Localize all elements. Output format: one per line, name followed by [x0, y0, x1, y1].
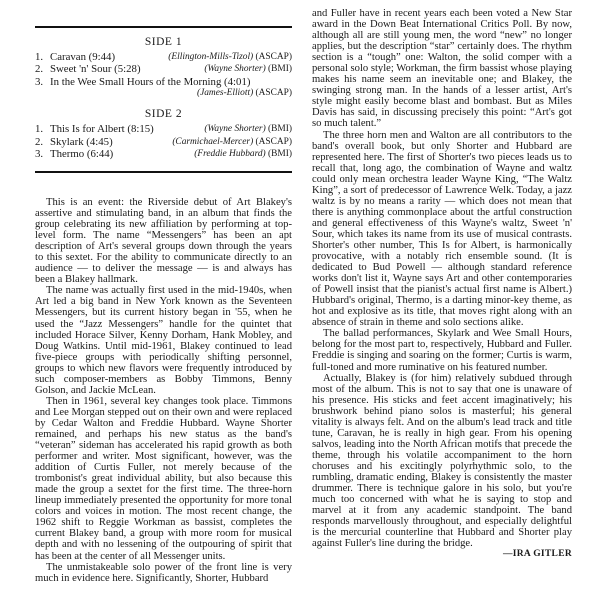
side-1-heading: SIDE 1 [35, 37, 292, 48]
track-composer: (James-Elliott) [197, 88, 253, 98]
track-composer: (Wayne Shorter) [204, 64, 265, 74]
track-row: 1.Caravan (9:44) (Ellington-Mills-Tizol)… [35, 51, 292, 63]
side-2-heading: SIDE 2 [35, 109, 292, 120]
track-row: 2.Sweet 'n' Sour (5:28) (Wayne Shorter) … [35, 63, 292, 75]
liner-notes-left-column: This is an event: the Riverside debut of… [35, 197, 292, 584]
track-rights: (ASCAP) [256, 137, 292, 147]
paragraph: The three horn men and Walton are all co… [312, 130, 572, 329]
track-row: 3.Thermo (6:44) (Freddie Hubbard) (BMI) [35, 148, 292, 160]
track-rights: (BMI) [268, 64, 292, 74]
track-rights: (ASCAP) [256, 52, 292, 62]
bottom-rule [35, 171, 292, 173]
tracklist: SIDE 1 1.Caravan (9:44) (Ellington-Mills… [35, 26, 292, 173]
liner-notes-right-column: and Fuller have in recent years each bee… [312, 8, 572, 560]
track-rights: (BMI) [268, 149, 292, 159]
track-composer: (Carmichael-Mercer) [172, 137, 253, 147]
track-composer: (Freddie Hubbard) [194, 149, 265, 159]
track-row: 3.In the Wee Small Hours of the Morning … [35, 76, 292, 88]
track-rights: (ASCAP) [256, 88, 292, 98]
author-signature: —IRA GITLER [312, 549, 572, 560]
track-rights: (BMI) [268, 124, 292, 134]
track-title: Caravan (9:44) [50, 51, 115, 63]
track-title: Sweet 'n' Sour (5:28) [50, 63, 141, 75]
paragraph: This is an event: the Riverside debut of… [35, 197, 292, 285]
paragraph: Actually, Blakey is (for him) relatively… [312, 373, 572, 550]
track-title: In the Wee Small Hours of the Morning (4… [50, 76, 250, 88]
paragraph: Then in 1961, several key changes took p… [35, 396, 292, 562]
track-title: This Is for Albert (8:15) [50, 123, 154, 135]
track-row: 2.Skylark (4:45) (Carmichael-Mercer) (AS… [35, 136, 292, 148]
track-credit: (James-Elliott) (ASCAP) [35, 88, 292, 99]
paragraph: The ballad performances, Skylark and Wee… [312, 328, 572, 372]
track-composer: (Ellington-Mills-Tizol) [168, 52, 253, 62]
track-row: 1.This Is for Albert (8:15) (Wayne Short… [35, 123, 292, 135]
top-rule [35, 26, 292, 28]
track-title: Thermo (6:44) [50, 148, 113, 160]
track-composer: (Wayne Shorter) [204, 124, 265, 134]
paragraph: The unmistakeable solo power of the fron… [35, 562, 292, 584]
track-title: Skylark (4:45) [50, 136, 113, 148]
paragraph: and Fuller have in recent years each bee… [312, 8, 572, 130]
paragraph: The name was actually first used in the … [35, 285, 292, 395]
